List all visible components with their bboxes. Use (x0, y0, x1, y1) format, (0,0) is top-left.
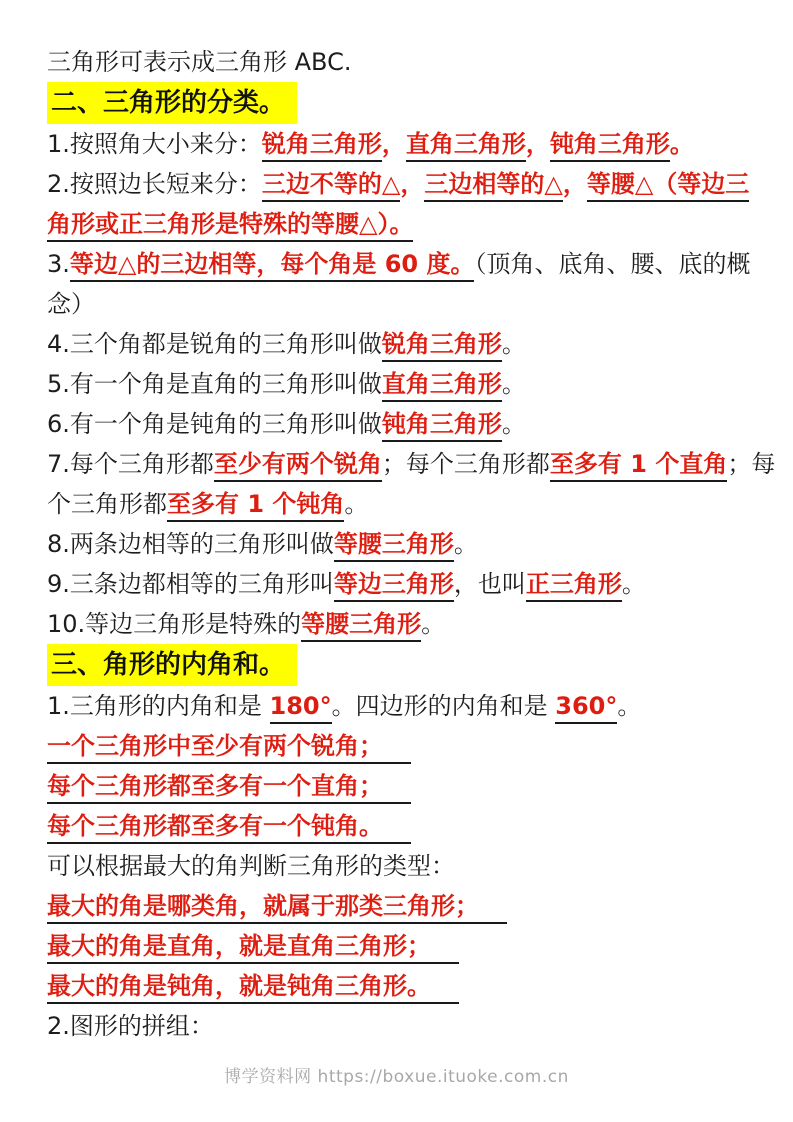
text-segment: 。 (622, 570, 646, 598)
text-segment: 。 (670, 130, 694, 158)
text-segment: ；每 (727, 450, 775, 478)
text-line: 最大的角是钝角，就是钝角三角形。 (47, 966, 759, 1006)
document-content: 三角形可表示成三角形 ABC.二、三角形的分类。1.按照角大小来分：锐角三角形，… (47, 42, 759, 1046)
text-segment: 每个三角形都至多有一个钝角。 (47, 812, 411, 844)
text-segment: 6.有一个角是钝角的三角形叫做 (47, 410, 382, 438)
text-segment: 至多有 1 个钝角 (167, 490, 344, 522)
text-line: 每个三角形都至多有一个钝角。 (47, 806, 759, 846)
text-line: 2.按照边长短来分：三边不等的△，三边相等的△，等腰△（等边三 (47, 164, 759, 204)
text-segment: 。 (454, 530, 478, 558)
text-line: 6.有一个角是钝角的三角形叫做钝角三角形。 (47, 404, 759, 444)
text-segment: 最大的角是直角，就是直角三角形； (47, 932, 459, 964)
page-footer: 博学资料网 https://boxue.ituoke.com.cn (0, 1062, 793, 1087)
text-segment: 钝角三角形 (382, 410, 502, 442)
text-line: 可以根据最大的角判断三角形的类型： (47, 846, 759, 886)
text-segment: ， (382, 130, 406, 158)
text-segment: 4.三个角都是锐角的三角形叫做 (47, 330, 382, 358)
text-segment: 等边△的三边相等，每个角是 60 度。 (70, 250, 475, 282)
text-line: 9.三条边都相等的三角形叫等边三角形，也叫正三角形。 (47, 564, 759, 604)
text-segment: 三边相等的△ (424, 170, 562, 202)
text-segment: 1.三角形的内角和是 (47, 692, 270, 720)
text-segment: 。四边形的内角和是 (332, 692, 556, 720)
text-segment: 1.按照角大小来分： (47, 130, 262, 158)
section-heading: 三、角形的内角和。 (47, 644, 759, 686)
text-line: 每个三角形都至多有一个直角； (47, 766, 759, 806)
yellow-highlight: 二、三角形的分类。 (47, 82, 297, 124)
text-segment: 3. (47, 250, 70, 278)
text-segment: 三角形可表示成三角形 ABC. (47, 48, 351, 76)
text-line: 10.等边三角形是特殊的等腰三角形。 (47, 604, 759, 644)
footer-watermark: 博学资料网 https://boxue.ituoke.com.cn (224, 1067, 569, 1087)
text-segment: 等腰三角形 (301, 610, 421, 642)
text-segment: 8.两条边相等的三角形叫做 (47, 530, 334, 558)
text-segment: 。 (421, 610, 445, 638)
text-segment: 等腰三角形 (334, 530, 454, 562)
text-segment: 至少有两个锐角 (214, 450, 382, 482)
text-segment: ， (400, 170, 424, 198)
text-segment: 7.每个三角形都 (47, 450, 214, 478)
text-line: 8.两条边相等的三角形叫做等腰三角形。 (47, 524, 759, 564)
document-page: 三角形可表示成三角形 ABC.二、三角形的分类。1.按照角大小来分：锐角三角形，… (0, 0, 793, 1122)
text-segment: 念） (47, 290, 95, 318)
section-heading: 二、三角形的分类。 (47, 82, 759, 124)
text-line: 1.按照角大小来分：锐角三角形，直角三角形，钝角三角形。 (47, 124, 759, 164)
text-line: 最大的角是哪类角，就属于那类三角形； (47, 886, 759, 926)
text-segment: 可以根据最大的角判断三角形的类型： (47, 852, 455, 880)
text-segment: 180° (270, 692, 332, 724)
text-segment: 2.按照边长短来分： (47, 170, 262, 198)
text-segment: 个三角形都 (47, 490, 167, 518)
text-segment: （顶角、底角、腰、底的概 (474, 250, 750, 278)
text-line: 4.三个角都是锐角的三角形叫做锐角三角形。 (47, 324, 759, 364)
text-segment: 三边不等的△ (262, 170, 400, 202)
text-line: 一个三角形中至少有两个锐角； (47, 726, 759, 766)
text-segment: 角形或正三角形是特殊的等腰△）。 (47, 210, 413, 242)
text-segment: ；每个三角形都 (382, 450, 550, 478)
text-segment: 直角三角形 (406, 130, 526, 162)
text-line: 3.等边△的三边相等，每个角是 60 度。（顶角、底角、腰、底的概 (47, 244, 759, 284)
text-segment: ，也叫 (454, 570, 526, 598)
text-segment: 5.有一个角是直角的三角形叫做 (47, 370, 382, 398)
text-segment: 。 (502, 370, 526, 398)
text-segment: 至多有 1 个直角 (550, 450, 727, 482)
text-segment: 三、角形的内角和。 (51, 650, 285, 680)
text-line: 5.有一个角是直角的三角形叫做直角三角形。 (47, 364, 759, 404)
text-segment: 正三角形 (526, 570, 622, 602)
text-segment: 最大的角是哪类角，就属于那类三角形； (47, 892, 507, 924)
text-line: 三角形可表示成三角形 ABC. (47, 42, 759, 82)
text-segment: 每个三角形都至多有一个直角； (47, 772, 411, 804)
text-segment: 一个三角形中至少有两个锐角； (47, 732, 411, 764)
text-segment: 9.三条边都相等的三角形叫 (47, 570, 334, 598)
text-line: 7.每个三角形都至少有两个锐角；每个三角形都至多有 1 个直角；每 (47, 444, 759, 484)
text-segment: 。 (502, 410, 526, 438)
text-line: 最大的角是直角，就是直角三角形； (47, 926, 759, 966)
yellow-highlight: 三、角形的内角和。 (47, 644, 297, 686)
text-line: 2.图形的拼组： (47, 1006, 759, 1046)
text-segment: 最大的角是钝角，就是钝角三角形。 (47, 972, 459, 1004)
text-segment: 等边三角形 (334, 570, 454, 602)
text-segment: 。 (617, 692, 641, 720)
text-segment: 2.图形的拼组： (47, 1012, 214, 1040)
text-segment: ， (526, 130, 550, 158)
text-segment: 钝角三角形 (550, 130, 670, 162)
text-line: 1.三角形的内角和是 180°。四边形的内角和是 360°。 (47, 686, 759, 726)
text-segment: 。 (502, 330, 526, 358)
text-segment: 360° (555, 692, 617, 724)
text-line: 角形或正三角形是特殊的等腰△）。 (47, 204, 759, 244)
text-segment: 锐角三角形 (382, 330, 502, 362)
text-line: 个三角形都至多有 1 个钝角。 (47, 484, 759, 524)
text-line: 念） (47, 284, 759, 324)
text-segment: ， (563, 170, 587, 198)
text-segment: 等腰△（等边三 (587, 170, 749, 202)
text-segment: 。 (344, 490, 368, 518)
text-segment: 直角三角形 (382, 370, 502, 402)
text-segment: 10.等边三角形是特殊的 (47, 610, 301, 638)
text-segment: 二、三角形的分类。 (51, 88, 285, 118)
text-segment: 锐角三角形 (262, 130, 382, 162)
